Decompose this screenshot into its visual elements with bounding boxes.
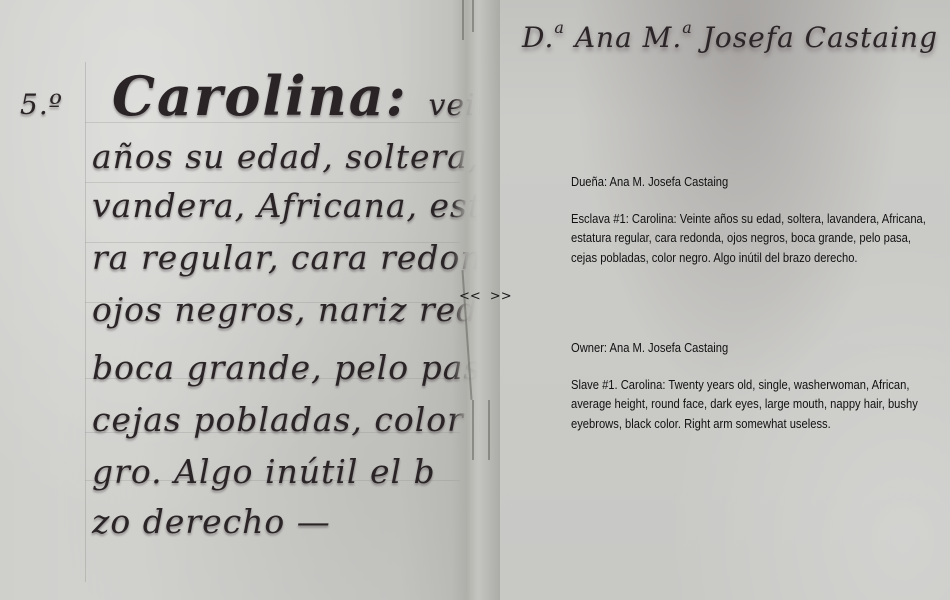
page-navigation: <<>> (459, 289, 512, 304)
handwritten-line: vandera, Africana, esta (92, 186, 503, 225)
binding-thread (472, 400, 474, 460)
signature-prefix: D. (522, 21, 554, 54)
ruled-line (85, 182, 460, 183)
entry-number: 5.º (20, 88, 63, 121)
english-owner-line: Owner: Ana M. Josefa Castaing (571, 338, 930, 358)
handwritten-page-zoom: 5.º Carolina: vein años su edad, soltera… (0, 0, 470, 600)
entry-name-heading: Carolina: vein (112, 64, 496, 128)
next-page-button[interactable]: >> (490, 289, 512, 304)
previous-page-button[interactable]: << (459, 289, 481, 304)
handwritten-line: gro. Algo inútil el b (92, 452, 436, 491)
transcription-page (480, 0, 950, 600)
signature-prefix-sup: a (554, 18, 565, 37)
signature-last-name: Josefa Castaing (703, 21, 938, 54)
owner-signature: D.a Ana M.a Josefa Castaing (522, 18, 938, 54)
spanish-description: Esclava #1: Carolina: Veinte años su eda… (571, 209, 930, 268)
binding-thread (462, 0, 464, 40)
english-description: Slave #1. Carolina: Twenty years old, si… (571, 375, 930, 434)
spanish-transcription: Dueña: Ana M. Josefa Castaing Esclava #1… (571, 172, 881, 267)
handwritten-line: cejas pobladas, color n (92, 400, 498, 439)
handwritten-line: zo derecho — (92, 502, 331, 541)
signature-first-name-sup: a (682, 18, 693, 37)
english-translation: Owner: Ana M. Josefa Castaing Slave #1. … (571, 338, 881, 433)
handwritten-line: ojos negros, nariz redo (92, 290, 499, 329)
handwritten-line: ra regular, cara redon (92, 238, 483, 277)
spanish-owner-line: Dueña: Ana M. Josefa Castaing (571, 172, 930, 192)
binding-thread (488, 400, 490, 460)
document-viewer: 5.º Carolina: vein años su edad, soltera… (0, 0, 950, 600)
handwritten-line: boca grande, pelo pasa (92, 348, 502, 387)
entry-name: Carolina: (112, 64, 408, 128)
binding-thread (472, 0, 474, 32)
signature-first-name: Ana M. (575, 21, 682, 54)
